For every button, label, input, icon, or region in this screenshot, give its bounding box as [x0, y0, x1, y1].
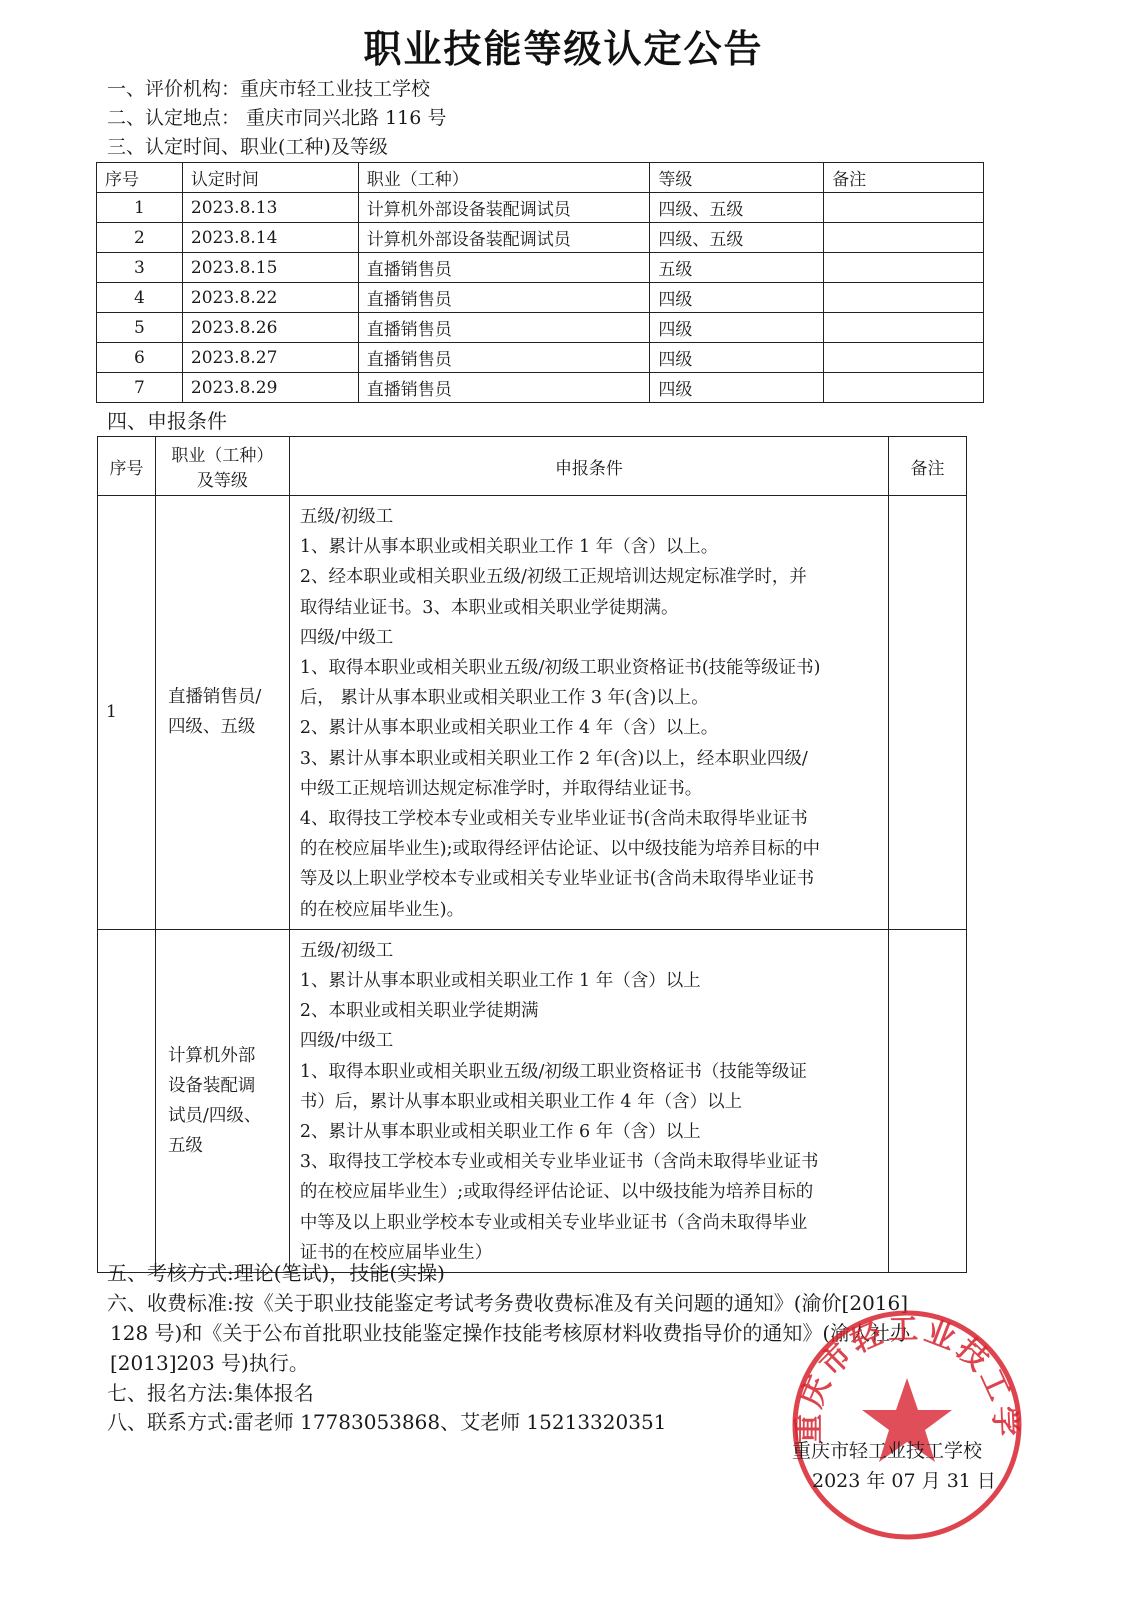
table-row: 3 2023.8.15 直播销售员 五级: [97, 253, 984, 283]
signature-date: 2023 年 07 月 31 日: [812, 1466, 996, 1493]
cell-occupation: 直播销售员: [358, 283, 650, 313]
req-line: 1、累计从事本职业或相关职业工作 1 年（含）以上: [300, 966, 880, 996]
occupation-line: 四级、五级: [168, 712, 289, 742]
cell-level: 四级: [650, 373, 824, 403]
cell-note: [889, 929, 967, 1272]
cell-date: 2023.8.27: [182, 343, 358, 373]
cell-occupation: 直播销售员/ 四级、五级: [155, 496, 289, 930]
table-row: 1 2023.8.13 计算机外部设备装配调试员 四级、五级: [97, 193, 984, 223]
req-line: 2、经本职业或相关职业五级/初级工正规培训达规定标准学时，并: [300, 562, 880, 592]
cell-level: 五级: [650, 253, 824, 283]
cell-date: 2023.8.22: [182, 283, 358, 313]
cell-occupation: 计算机外部 设备装配调 试员/四级、 五级: [155, 929, 289, 1272]
cell-occupation: 直播销售员: [358, 253, 650, 283]
req-line: 3、累计从事本职业或相关职业工作 2 年(含)以上，经本职业四级/: [300, 744, 880, 774]
cell-occupation: 计算机外部设备装配调试员: [358, 223, 650, 253]
cell-occupation: 直播销售员: [358, 313, 650, 343]
table-row: 2 2023.8.14 计算机外部设备装配调试员 四级、五级: [97, 223, 984, 253]
section-evaluator: 一、评价机构：重庆市轻工业技工学校: [107, 76, 430, 102]
section-fee-line2: 128 号)和《关于公布首批职业技能鉴定操作技能考核原材料收费指导价的通知》(渝…: [110, 1320, 910, 1346]
section-assessment: 五、考核方式:理论(笔试)，技能(实操): [107, 1260, 445, 1286]
cell-requirements: 五级/初级工 1、累计从事本职业或相关职业工作 1 年（含）以上。 2、经本职业…: [289, 496, 888, 930]
cell-note: [889, 496, 967, 930]
cell-date: 2023.8.14: [182, 223, 358, 253]
req-line: 4、取得技工学校本专业或相关专业毕业证书(含尚未取得毕业证书: [300, 804, 880, 834]
section-registration: 七、报名方法:集体报名: [107, 1380, 314, 1406]
req-line: 1、取得本职业或相关职业五级/初级工职业资格证书(技能等级证书): [300, 653, 880, 683]
conditions-table: 序号 职业（工种） 及等级 申报条件 备注 1 直播销售员/ 四级、五级 五级/…: [97, 436, 967, 1273]
req-line: 五级/初级工: [300, 502, 880, 532]
header-no: 序号: [97, 163, 183, 193]
req-line: 取得结业证书。3、本职业或相关职业学徒期满。: [300, 593, 880, 623]
req-line: 的在校应届毕业生)。: [300, 895, 880, 925]
req-line: 书）后，累计从事本职业或相关职业工作 4 年（含）以上: [300, 1087, 880, 1117]
signature-organization: 重庆市轻工业技工学校: [792, 1436, 982, 1463]
req-line: 2、本职业或相关职业学徒期满: [300, 996, 880, 1026]
cell-level: 四级: [650, 313, 824, 343]
req-line: 四级/中级工: [300, 623, 880, 653]
cell-note: [824, 193, 984, 223]
cell-no: 3: [97, 253, 183, 283]
table-row: 1 直播销售员/ 四级、五级 五级/初级工 1、累计从事本职业或相关职业工作 1…: [98, 496, 967, 930]
header-note: 备注: [824, 163, 984, 193]
cell-no: 7: [97, 373, 183, 403]
cell-level: 四级: [650, 283, 824, 313]
announcement-page: 职业技能等级认定公告 一、评价机构：重庆市轻工业技工学校 二、认定地点： 重庆市…: [0, 0, 1127, 1600]
schedule-header-row: 序号 认定时间 职业（工种） 等级 备注: [97, 163, 984, 193]
cell-occupation: 直播销售员: [358, 343, 650, 373]
table-row: 计算机外部 设备装配调 试员/四级、 五级 五级/初级工 1、累计从事本职业或相…: [98, 929, 967, 1272]
req-line: 1、累计从事本职业或相关职业工作 1 年（含）以上。: [300, 532, 880, 562]
req-line: 1、取得本职业或相关职业五级/初级工职业资格证书（技能等级证: [300, 1057, 880, 1087]
cell-no: 6: [97, 343, 183, 373]
table-row: 5 2023.8.26 直播销售员 四级: [97, 313, 984, 343]
schedule-table: 序号 认定时间 职业（工种） 等级 备注 1 2023.8.13 计算机外部设备…: [96, 162, 984, 403]
req-line: 2、累计从事本职业或相关职业工作 4 年（含）以上。: [300, 713, 880, 743]
section-fee-line1: 六、收费标准:按《关于职业技能鉴定考试考务费收费标准及有关问题的通知》(渝价[2…: [107, 1290, 908, 1316]
occupation-line: 试员/四级、: [168, 1101, 289, 1131]
occupation-line: 设备装配调: [168, 1071, 289, 1101]
cell-occupation: 直播销售员: [358, 373, 650, 403]
req-line: 2、累计从事本职业或相关职业工作 6 年（含）以上: [300, 1117, 880, 1147]
cell-no: 5: [97, 313, 183, 343]
header-no: 序号: [98, 437, 156, 496]
cell-occupation: 计算机外部设备装配调试员: [358, 193, 650, 223]
header-occupation-line2: 及等级: [156, 466, 289, 491]
req-line: 3、取得技工学校本专业或相关专业毕业证书（含尚未取得毕业证书: [300, 1147, 880, 1177]
header-date: 认定时间: [182, 163, 358, 193]
cell-no: 2: [97, 223, 183, 253]
cell-requirements: 五级/初级工 1、累计从事本职业或相关职业工作 1 年（含）以上 2、本职业或相…: [289, 929, 888, 1272]
req-line: 四级/中级工: [300, 1026, 880, 1056]
cell-note: [824, 223, 984, 253]
header-occupation: 职业（工种）: [358, 163, 650, 193]
table-row: 6 2023.8.27 直播销售员 四级: [97, 343, 984, 373]
req-line: 中等及以上职业学校本专业或相关专业毕业证书（含尚未取得毕业: [300, 1208, 880, 1238]
occupation-line: 直播销售员/: [168, 682, 289, 712]
section-conditions-heading: 四、申报条件: [107, 408, 227, 434]
req-line: 的在校应届毕业生）;或取得经评估论证、以中级技能为培养目标的: [300, 1177, 880, 1207]
header-note: 备注: [889, 437, 967, 496]
occupation-line: 五级: [168, 1131, 289, 1161]
cell-level: 四级: [650, 343, 824, 373]
cell-no: 4: [97, 283, 183, 313]
cell-date: 2023.8.15: [182, 253, 358, 283]
cell-note: [824, 343, 984, 373]
cell-date: 2023.8.26: [182, 313, 358, 343]
req-line: 中级工正规培训达规定标准学时，并取得结业证书。: [300, 774, 880, 804]
cell-no: 1: [97, 193, 183, 223]
section-contact: 八、联系方式:雷老师 17783053868、艾老师 15213320351: [107, 1409, 666, 1435]
req-line: 后， 累计从事本职业或相关职业工作 3 年(含)以上。: [300, 683, 880, 713]
cell-date: 2023.8.29: [182, 373, 358, 403]
cell-note: [824, 253, 984, 283]
cell-no: 1: [98, 496, 156, 930]
cell-note: [824, 283, 984, 313]
cell-note: [824, 313, 984, 343]
page-title: 职业技能等级认定公告: [0, 18, 1127, 73]
header-occupation: 职业（工种） 及等级: [155, 437, 289, 496]
cell-note: [824, 373, 984, 403]
req-line: 五级/初级工: [300, 936, 880, 966]
section-location: 二、认定地点： 重庆市同兴北路 116 号: [107, 105, 446, 131]
occupation-line: 计算机外部: [168, 1041, 289, 1071]
table-row: 4 2023.8.22 直播销售员 四级: [97, 283, 984, 313]
req-line: 的在校应届毕业生);或取得经评估论证、以中级技能为培养目标的中: [300, 834, 880, 864]
header-requirements: 申报条件: [289, 437, 888, 496]
cell-level: 四级、五级: [650, 223, 824, 253]
section-fee-line3: [2013]203 号)执行。: [110, 1350, 309, 1376]
cell-level: 四级、五级: [650, 193, 824, 223]
cell-date: 2023.8.13: [182, 193, 358, 223]
header-level: 等级: [650, 163, 824, 193]
req-line: 等及以上职业学校本专业或相关专业毕业证书(含尚未取得毕业证书: [300, 864, 880, 894]
cell-no: [98, 929, 156, 1272]
conditions-header-row: 序号 职业（工种） 及等级 申报条件 备注: [98, 437, 967, 496]
header-occupation-line1: 职业（工种）: [156, 441, 289, 466]
section-schedule-heading: 三、认定时间、职业(工种)及等级: [107, 134, 388, 160]
table-row: 7 2023.8.29 直播销售员 四级: [97, 373, 984, 403]
